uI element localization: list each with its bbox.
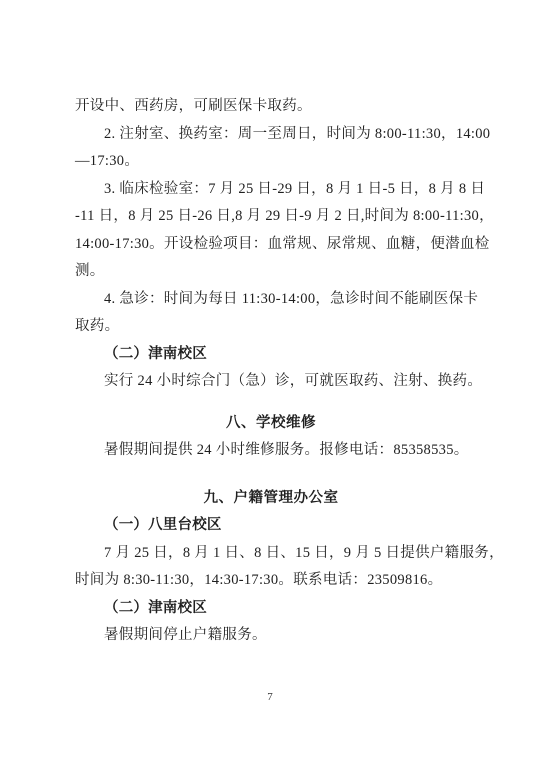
- document-content: 开设中、西药房，可刷医保卡取药。 2. 注射室、换药室：周一至周日，时间为 8:…: [75, 93, 467, 650]
- household-balitai-line-cont: 时间为 8:30-11:30，14:30-17:30。联系电话：23509816…: [75, 567, 467, 595]
- clinic-emergency-line-cont: 取药。: [75, 313, 467, 341]
- clinic-lab-line-cont-2: 14:00-17:30。开设检验项目：血常规、尿常规、血糖，便潜血检: [75, 231, 467, 259]
- clinic-pharmacy-line: 开设中、西药房，可刷医保卡取药。: [75, 93, 467, 121]
- clinic-jinnan-campus-subheading: （二）津南校区: [75, 341, 467, 369]
- document-page: 开设中、西药房，可刷医保卡取药。 2. 注射室、换药室：周一至周日，时间为 8:…: [0, 0, 540, 764]
- household-balitai-line: 7 月 25 日，8 月 1 日、8 日、15 日，9 月 5 日提供户籍服务，: [75, 540, 467, 568]
- section-heading-household-registration: 九、户籍管理办公室: [75, 485, 467, 513]
- clinic-injection-room-line: 2. 注射室、换药室：周一至周日，时间为 8:00-11:30，14:00: [75, 121, 467, 149]
- clinic-lab-line-cont-3: 测。: [75, 258, 467, 286]
- household-jinnan-campus-subheading: （二）津南校区: [75, 595, 467, 623]
- household-balitai-campus-subheading: （一）八里台校区: [75, 512, 467, 540]
- clinic-lab-line: 3. 临床检验室：7 月 25 日-29 日，8 月 1 日-5 日，8 月 8…: [75, 176, 467, 204]
- household-jinnan-line: 暑假期间停止户籍服务。: [75, 622, 467, 650]
- repair-service-line: 暑假期间提供 24 小时维修服务。报修电话：85358535。: [75, 437, 467, 465]
- clinic-emergency-line: 4. 急诊：时间为每日 11:30-14:00，急诊时间不能刷医保卡: [75, 286, 467, 314]
- page-number: 7: [0, 690, 540, 704]
- clinic-jinnan-campus-line: 实行 24 小时综合门（急）诊，可就医取药、注射、换药。: [75, 368, 467, 396]
- clinic-lab-line-cont-1: -11 日，8 月 25 日-26 日,8 月 29 日-9 月 2 日,时间为…: [75, 203, 467, 231]
- clinic-injection-room-line-cont: —17:30。: [75, 148, 467, 176]
- section-heading-school-repair: 八、学校维修: [75, 410, 467, 438]
